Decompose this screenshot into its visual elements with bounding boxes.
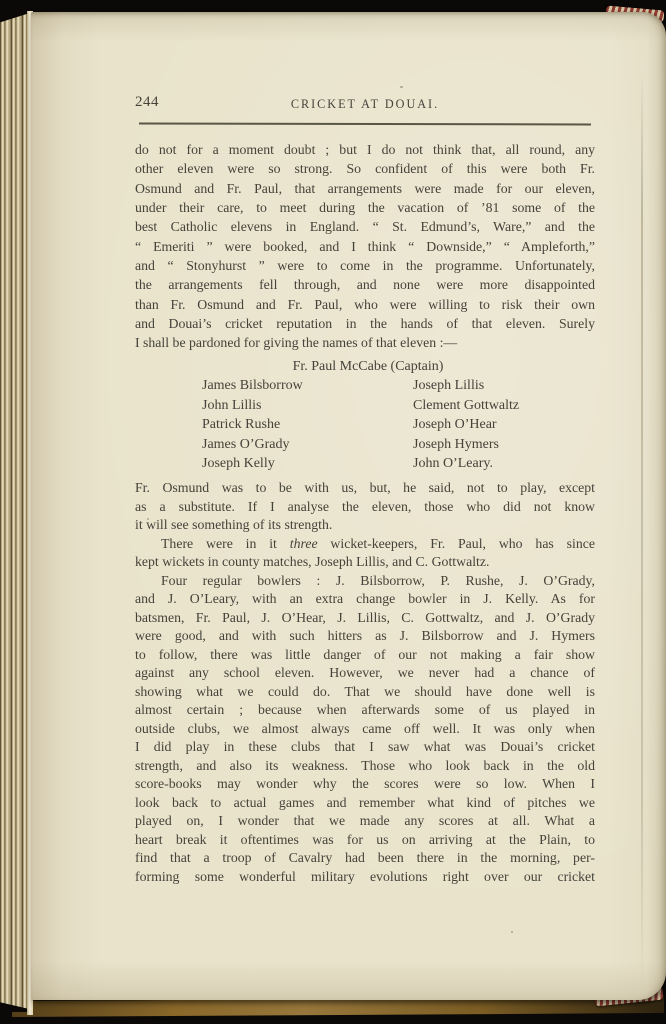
text-line: score-books may wonder why the scores we… bbox=[135, 775, 595, 794]
page-stack-bottom-step bbox=[0, 998, 33, 1012]
page-crease bbox=[641, 72, 643, 987]
text-line: do not for a moment doubt ; but I do not… bbox=[135, 140, 595, 159]
text-line: played on, I wonder that we made any sco… bbox=[135, 812, 595, 831]
text-line: kept wickets in county matches, Joseph L… bbox=[135, 553, 595, 572]
text-line: under their care, to meet during the vac… bbox=[135, 198, 595, 217]
text-line: batsmen, Fr. Paul, J. O’Hear, J. Lillis,… bbox=[135, 609, 595, 628]
book-page: 244 CRICKET AT DOUAI. do not for a momen… bbox=[31, 12, 666, 1000]
player-name: Patrick Rushe bbox=[202, 415, 413, 434]
body-text: do not for a moment doubt ; but I do not… bbox=[135, 140, 595, 886]
text-line: and J. O’Leary, with an extra change bow… bbox=[135, 590, 595, 609]
team-row: Joseph KellyJohn O’Leary. bbox=[135, 454, 595, 473]
text-line: Fr. Osmund was to be with us, but, he sa… bbox=[135, 479, 595, 498]
paragraph: Fr. Osmund was to be with us, but, he sa… bbox=[135, 479, 595, 535]
page-stack-top-step bbox=[0, 8, 33, 24]
text-line: and “ Stonyhurst ” were to come in the p… bbox=[135, 256, 595, 275]
captain-line: Fr. Paul McCabe (Captain) bbox=[141, 357, 595, 377]
team-row: James BilsborrowJoseph Lillis bbox=[135, 376, 595, 395]
text-line: There were in it three wicket-keepers, F… bbox=[135, 535, 595, 554]
text-line: were good, and with such hitters as J. B… bbox=[135, 627, 595, 646]
text-line: the arrangements fell through, and none … bbox=[135, 275, 595, 294]
player-name: John O’Leary. bbox=[413, 454, 595, 473]
foxing-spot bbox=[193, 489, 195, 491]
text-line: and Douai’s cricket reputation in the ha… bbox=[135, 314, 595, 333]
foxing-spot bbox=[147, 518, 149, 520]
player-name: John Lillis bbox=[202, 396, 413, 415]
page-edges-stack bbox=[0, 8, 33, 1012]
text-line: it will see something of its strength. bbox=[135, 516, 595, 535]
text-line: than Fr. Osmund and Fr. Paul, who were w… bbox=[135, 295, 595, 314]
team-row: James O’GradyJoseph Hymers bbox=[135, 435, 595, 454]
text-line: as a substitute. If I analyse the eleven… bbox=[135, 498, 595, 517]
text-line: look back to actual games and remember w… bbox=[135, 794, 595, 813]
paragraph: do not for a moment doubt ; but I do not… bbox=[135, 140, 595, 353]
text-line: forming some wonderful military evolutio… bbox=[135, 868, 595, 887]
team-row: Patrick RusheJoseph O’Hear bbox=[135, 415, 595, 434]
text-line: Four regular bowlers : J. Bilsborrow, P.… bbox=[135, 572, 595, 591]
text-line: almost certain ; because when afterwards… bbox=[135, 701, 595, 720]
foxing-spot bbox=[511, 931, 513, 933]
text-line: other eleven were so strong. So confiden… bbox=[135, 159, 595, 178]
text-line: find that a troop of Cavalry had been th… bbox=[135, 849, 595, 868]
player-name: James Bilsborrow bbox=[202, 376, 413, 395]
paragraph: There were in it three wicket-keepers, F… bbox=[135, 535, 595, 572]
header-rule bbox=[139, 123, 591, 126]
text-line: against any school eleven. However, we n… bbox=[135, 664, 595, 683]
foxing-spot bbox=[400, 86, 403, 88]
text-line: outside clubs, we almost always came off… bbox=[135, 720, 595, 739]
text-line: I did play in these clubs that I saw wha… bbox=[135, 738, 595, 757]
text-line: best Catholic elevens in England. “ St. … bbox=[135, 217, 595, 236]
player-name: Joseph Kelly bbox=[202, 454, 413, 473]
player-name: James O’Grady bbox=[202, 435, 413, 454]
player-name: Joseph Lillis bbox=[413, 376, 595, 395]
team-list: Fr. Paul McCabe (Captain)James Bilsborro… bbox=[135, 357, 595, 474]
text-line: Osmund and Fr. Paul, that arrangements w… bbox=[135, 179, 595, 198]
text-line: strength, and also its weakness. Those w… bbox=[135, 757, 595, 776]
paragraph: Four regular bowlers : J. Bilsborrow, P.… bbox=[135, 572, 595, 887]
player-name: Clement Gottwaltz bbox=[413, 396, 595, 415]
text-line: to follow, there was little danger of ou… bbox=[135, 646, 595, 665]
text-line: heart break it oftentimes was for us on … bbox=[135, 831, 595, 850]
player-name: Joseph Hymers bbox=[413, 435, 595, 454]
player-name: Joseph O’Hear bbox=[413, 415, 595, 434]
text-line: I shall be pardoned for giving the names… bbox=[135, 333, 595, 352]
book-scan: 244 CRICKET AT DOUAI. do not for a momen… bbox=[0, 0, 666, 1024]
text-line: “ Emeriti ” were booked, and I think “ D… bbox=[135, 237, 595, 256]
running-title: CRICKET AT DOUAI. bbox=[135, 97, 595, 112]
text-line: showing what we could do. That we should… bbox=[135, 683, 595, 702]
team-row: John LillisClement Gottwaltz bbox=[135, 396, 595, 415]
